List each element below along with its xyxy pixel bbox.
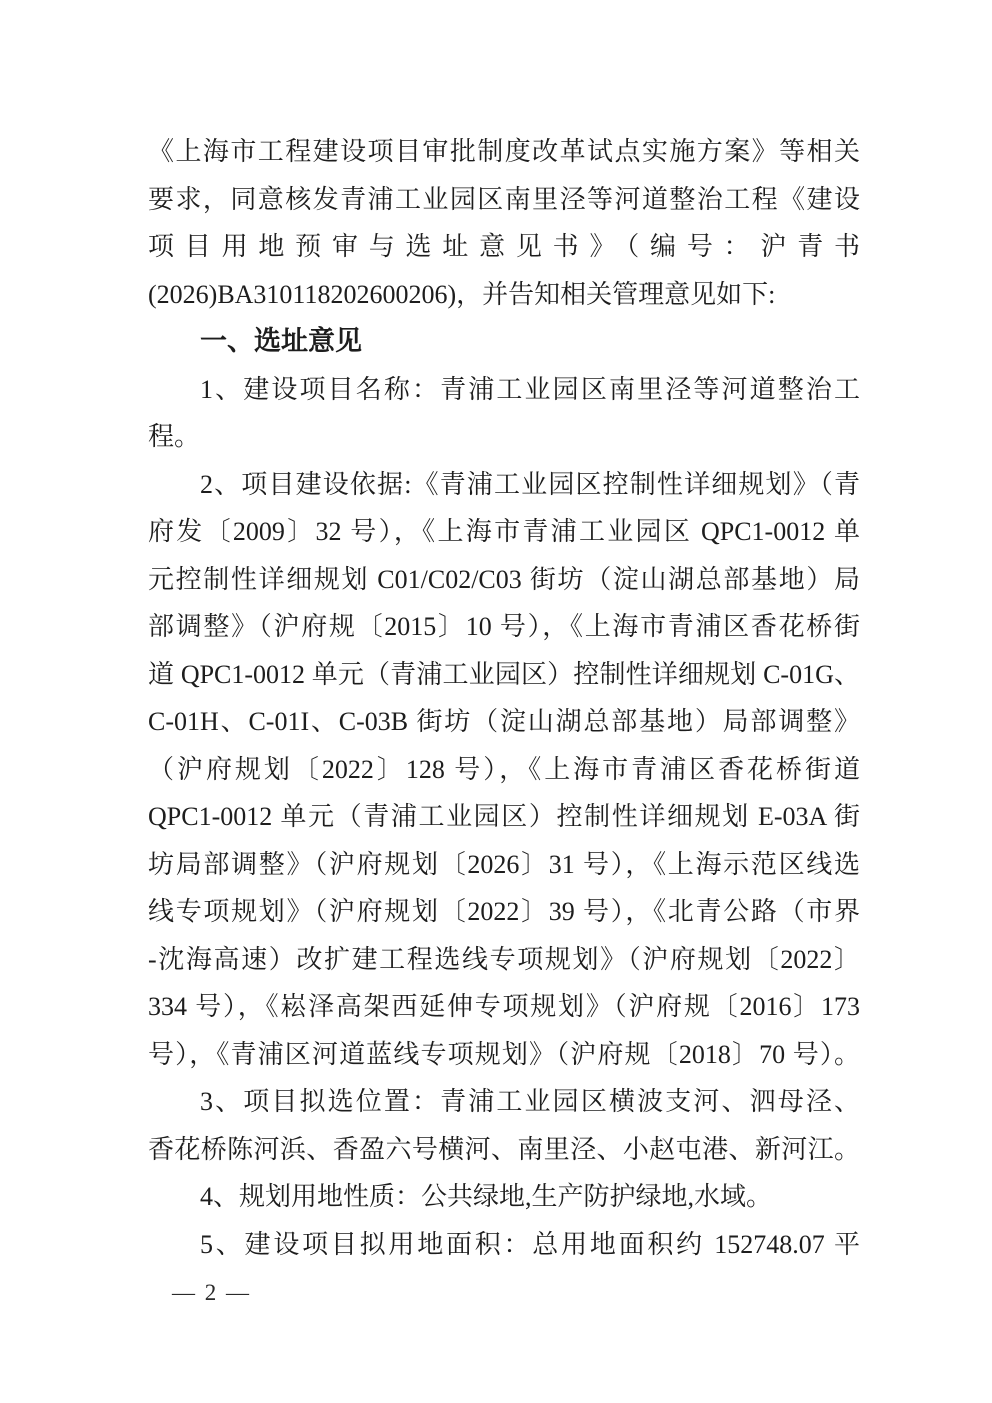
- item2-line-10: 线专项规划》（沪府规划〔2022〕39 号），《北青公路（市界: [148, 888, 860, 936]
- intro-line-1: 《上海市工程建设项目审批制度改革试点实施方案》等相关: [148, 128, 860, 176]
- item2-line-5: 道 QPC1-0012 单元（青浦工业园区）控制性详细规划 C-01G、: [148, 651, 860, 699]
- item3-line-2: 香花桥陈河浜、香盈六号横河、南里泾、小赵屯港、新河江。: [148, 1126, 860, 1174]
- item2-line-3: 元控制性详细规划 C01/C02/C03 街坊（淀山湖总部基地）局: [148, 556, 860, 604]
- item5-line-1: 5、建设项目拟用地面积：总用地面积约 152748.07 平: [148, 1221, 860, 1269]
- item3-line-1: 3、项目拟选位置：青浦工业园区横波支河、泗母泾、: [148, 1078, 860, 1126]
- item2-line-6: C-01H、C-01I、C-03B 街坊（淀山湖总部基地）局部调整》: [148, 698, 860, 746]
- item1-line-2: 程。: [148, 413, 860, 461]
- document-body: 《上海市工程建设项目审批制度改革试点实施方案》等相关 要求，同意核发青浦工业园区…: [148, 128, 860, 1268]
- item1-line-1: 1、建设项目名称：青浦工业园区南里泾等河道整治工: [148, 366, 860, 414]
- item2-line-7: （沪府规划〔2022〕128 号），《上海市青浦区香花桥街道: [148, 746, 860, 794]
- item2-line-8: QPC1-0012 单元（青浦工业园区）控制性详细规划 E-03A 街: [148, 793, 860, 841]
- item2-line-1: 2、项目建设依据:《青浦工业园区控制性详细规划》（青: [148, 461, 860, 509]
- intro-line-3: 项目用地预审与选址意见书》（编号：沪青书: [148, 223, 860, 271]
- page-number: — 2 —: [172, 1280, 251, 1306]
- document-page: 《上海市工程建设项目审批制度改革试点实施方案》等相关 要求，同意核发青浦工业园区…: [0, 0, 992, 1403]
- intro-line-2: 要求，同意核发青浦工业园区南里泾等河道整治工程《建设: [148, 176, 860, 224]
- intro-line-4: (2026)BA310118202600206)，并告知相关管理意见如下:: [148, 271, 860, 319]
- item2-line-12: 334 号），《崧泽高架西延伸专项规划》（沪府规〔2016〕173: [148, 983, 860, 1031]
- item2-line-4: 部调整》（沪府规〔2015〕10 号），《上海市青浦区香花桥街: [148, 603, 860, 651]
- item2-line-2: 府发〔2009〕32 号），《上海市青浦工业园区 QPC1-0012 单: [148, 508, 860, 556]
- item2-line-13: 号），《青浦区河道蓝线专项规划》（沪府规〔2018〕70 号）。: [148, 1031, 860, 1079]
- item2-line-11: -沈海高速）改扩建工程选线专项规划》（沪府规划〔2022〕: [148, 936, 860, 984]
- item4-line-1: 4、规划用地性质：公共绿地,生产防护绿地,水域。: [148, 1173, 860, 1221]
- item2-line-9: 坊局部调整》（沪府规划〔2026〕31 号），《上海示范区线选: [148, 841, 860, 889]
- section1-heading: 一、选址意见: [148, 318, 860, 366]
